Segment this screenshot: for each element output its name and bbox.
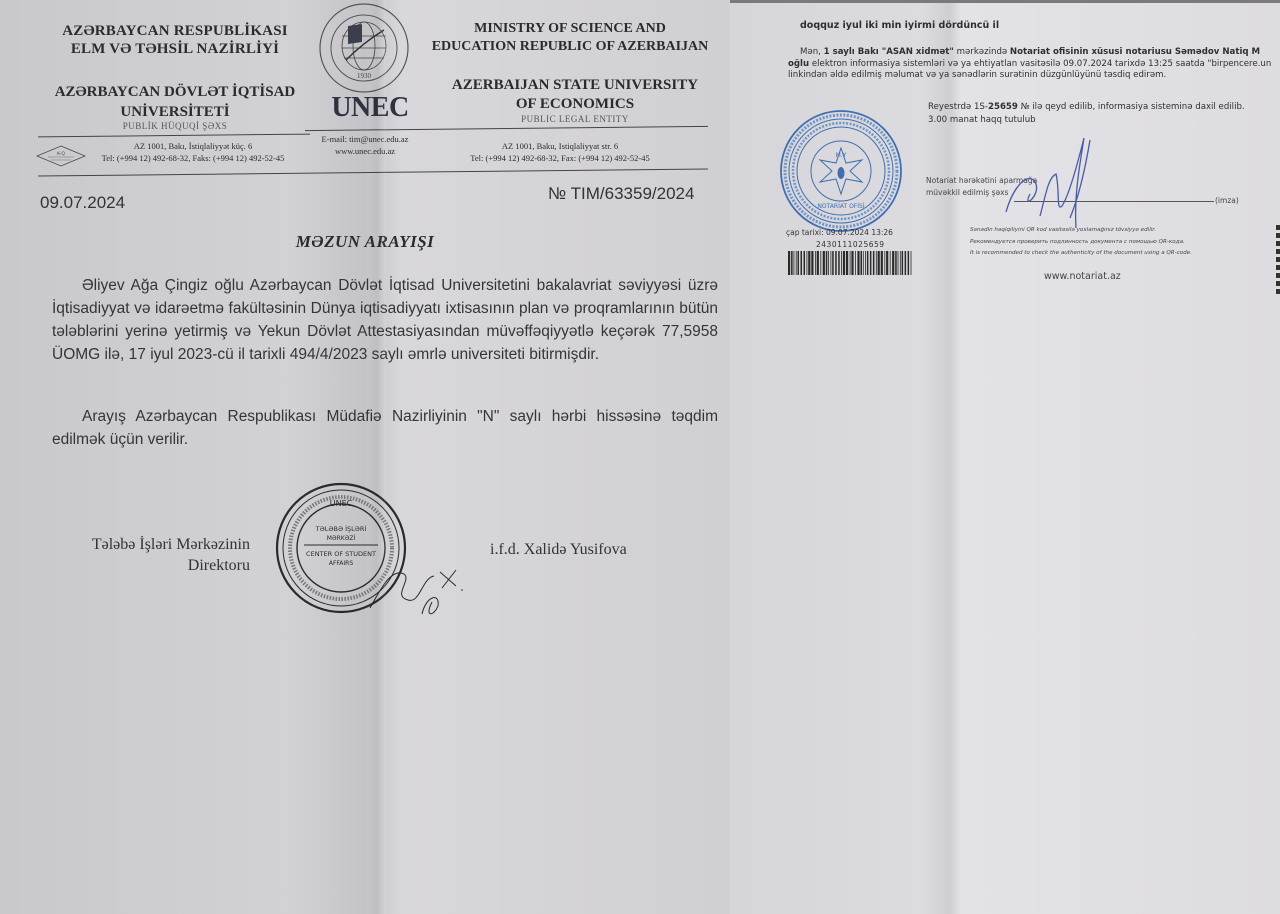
az-address-block: AZ 1001, Bakı, İstiqlaliyyət küç. 6 Tel:… [88,140,298,164]
svg-text:M.Y: M.Y [836,152,847,159]
az-ministry-line1: AZƏRBAYCAN RESPUBLİKASI [40,22,310,40]
signatory-name: i.f.d. Xalidə Yusifova [490,541,627,559]
en-ministry-line1: MINISTRY OF SCIENCE AND [420,20,720,38]
svg-text:1930: 1930 [357,72,372,80]
signatory-title-line1: Tələbə İşləri Mərkəzinin [48,534,250,555]
unec-globe-logo-icon: 1930 [318,2,410,94]
svg-text:UNEC: UNEC [330,499,353,508]
notary-signature-icon [1000,134,1120,230]
notary-date-words: doqquz iyul iki min iyirmi dördüncü il [800,20,999,31]
registry-number: 25659 [988,102,1018,112]
en-university-line1: AZERBAIJAN STATE UNIVERSITY [430,76,720,95]
az-ministry-heading: AZƏRBAYCAN RESPUBLİKASI ELM VƏ TƏHSİL NA… [40,22,310,58]
az-address: AZ 1001, Bakı, İstiqlaliyyət küç. 6 [88,140,298,152]
registry-text: № ilə qeyd edilib, informasiya sisteminə… [1018,102,1245,112]
az-ministry-line2: ELM VƏ TƏHSİL NAZİRLİYİ [40,40,310,58]
certificate-body-paragraph: Əliyev Ağa Çingiz oğlu Azərbaycan Dövlət… [52,274,718,366]
certificate-page: AZƏRBAYCAN RESPUBLİKASI ELM VƏ TƏHSİL NA… [0,0,730,914]
notary-certification-paragraph: Mən, 1 saylı Bakı "ASAN xidmət" mərkəzin… [788,47,1280,82]
header-divider-top-right [305,126,708,131]
signatory-title: Tələbə İşləri Mərkəzinin Direktoru [48,534,250,576]
svg-text:AFFAIRS: AFFAIRS [329,560,353,567]
en-phone: Tel: (+994 12) 492-68-32, Fax: (+994 12)… [440,152,680,164]
en-address: AZ 1001, Baku, Istiqlaliyyat str. 6 [440,140,680,152]
para-bold-office: 1 saylı Bakı "ASAN xidmət" [824,47,954,57]
signatory-title-line2: Direktoru [48,555,250,576]
director-signature-icon [362,556,472,626]
en-university-line2: OF ECONOMICS [430,95,720,114]
document-date: 09.07.2024 [40,193,125,213]
notary-office-stamp-icon: M.Y NOTARİAT OFİSİ [778,108,904,234]
para-text: elektron informasiya sistemləri və ya eh… [809,59,1271,69]
qr-note-ru: Рекомендуется проверить подлинность доку… [970,237,1192,249]
para-bold-notary: Notariat ofisinin xüsusi notariusu Səməd… [1010,47,1260,57]
svg-text:NOTARİAT OFİSİ: NOTARİAT OFİSİ [817,203,864,210]
az-university-heading: AZƏRBAYCAN DÖVLƏT İQTİSAD UNİVERSİTETİ [40,82,310,122]
header-divider-bottom [38,168,708,176]
svg-text:K-Q: K-Q [57,151,65,157]
az-university-line1: AZƏRBAYCAN DÖVLƏT İQTİSAD [40,82,310,102]
page-top-edge [730,0,1280,3]
para-text: linkindən əldə edilmiş məlumat və ya sən… [788,70,1280,82]
contact-block: E-mail: tim@unec.edu.az www.unec.edu.az [310,133,420,157]
notary-page: doqquz iyul iki min iyirmi dördüncü il M… [730,0,1280,914]
notary-website-link[interactable]: www.notariat.az [1044,271,1121,282]
document-title: MƏZUN ARAYIŞI [0,232,730,252]
certificate-purpose-paragraph: Arayış Azərbaycan Respublikası Müdafiə N… [52,405,718,451]
website-text: www.unec.edu.az [310,145,420,157]
en-ministry-line2: EDUCATION REPUBLIC OF AZERBAIJAN [420,38,720,56]
fee-text: 3.00 manat haqq tutulub [928,114,1245,127]
para-text: Mən, [800,47,824,57]
iso-certification-badge-icon: K-Q [36,145,86,167]
unec-logo-text: UNEC [322,92,418,124]
az-legal-entity: PUBLİK HÜQUQİ ŞƏXS [40,121,310,131]
qr-note-en: It is recommended to check the authentic… [970,248,1192,260]
qr-note-az: Sənədin həqiqiliyini QR kod vasitəsilə y… [970,225,1192,237]
para-text: mərkəzində [954,47,1010,57]
svg-text:MƏRKƏZİ: MƏRKƏZİ [327,535,356,542]
print-date: çap tarixi: 09.07.2024 13:26 [786,228,893,237]
barcode-icon [788,251,912,275]
email-text: E-mail: tim@unec.edu.az [310,133,420,145]
qr-verification-note: Sənədin həqiqiliyini QR kod vasitəsilə y… [970,225,1192,260]
qr-code-icon [1276,225,1280,295]
en-university-heading: AZERBAIJAN STATE UNIVERSITY OF ECONOMICS [430,76,720,114]
para-bold-patronymic: oğlu [788,59,809,69]
signature-label: (imza) [1215,196,1239,205]
az-phone: Tel: (+994 12) 492-68-32, Faks: (+994 12… [88,152,298,164]
header-divider-top-left [38,134,310,138]
document-code: 2430111025659 [816,240,885,249]
registry-block: Reyestrdə 1S-25659 № ilə qeyd edilib, in… [928,101,1245,127]
registry-text: Reyestrdə 1S- [928,102,988,112]
svg-text:TƏLƏBƏ İŞLƏRİ: TƏLƏBƏ İŞLƏRİ [315,524,367,533]
document-number: № TIM/63359/2024 [548,184,694,204]
en-address-block: AZ 1001, Baku, Istiqlaliyyat str. 6 Tel:… [440,140,680,164]
en-legal-entity: PUBLIC LEGAL ENTITY [430,114,720,124]
en-ministry-heading: MINISTRY OF SCIENCE AND EDUCATION REPUBL… [420,20,720,56]
az-university-line2: UNİVERSİTETİ [40,102,310,122]
